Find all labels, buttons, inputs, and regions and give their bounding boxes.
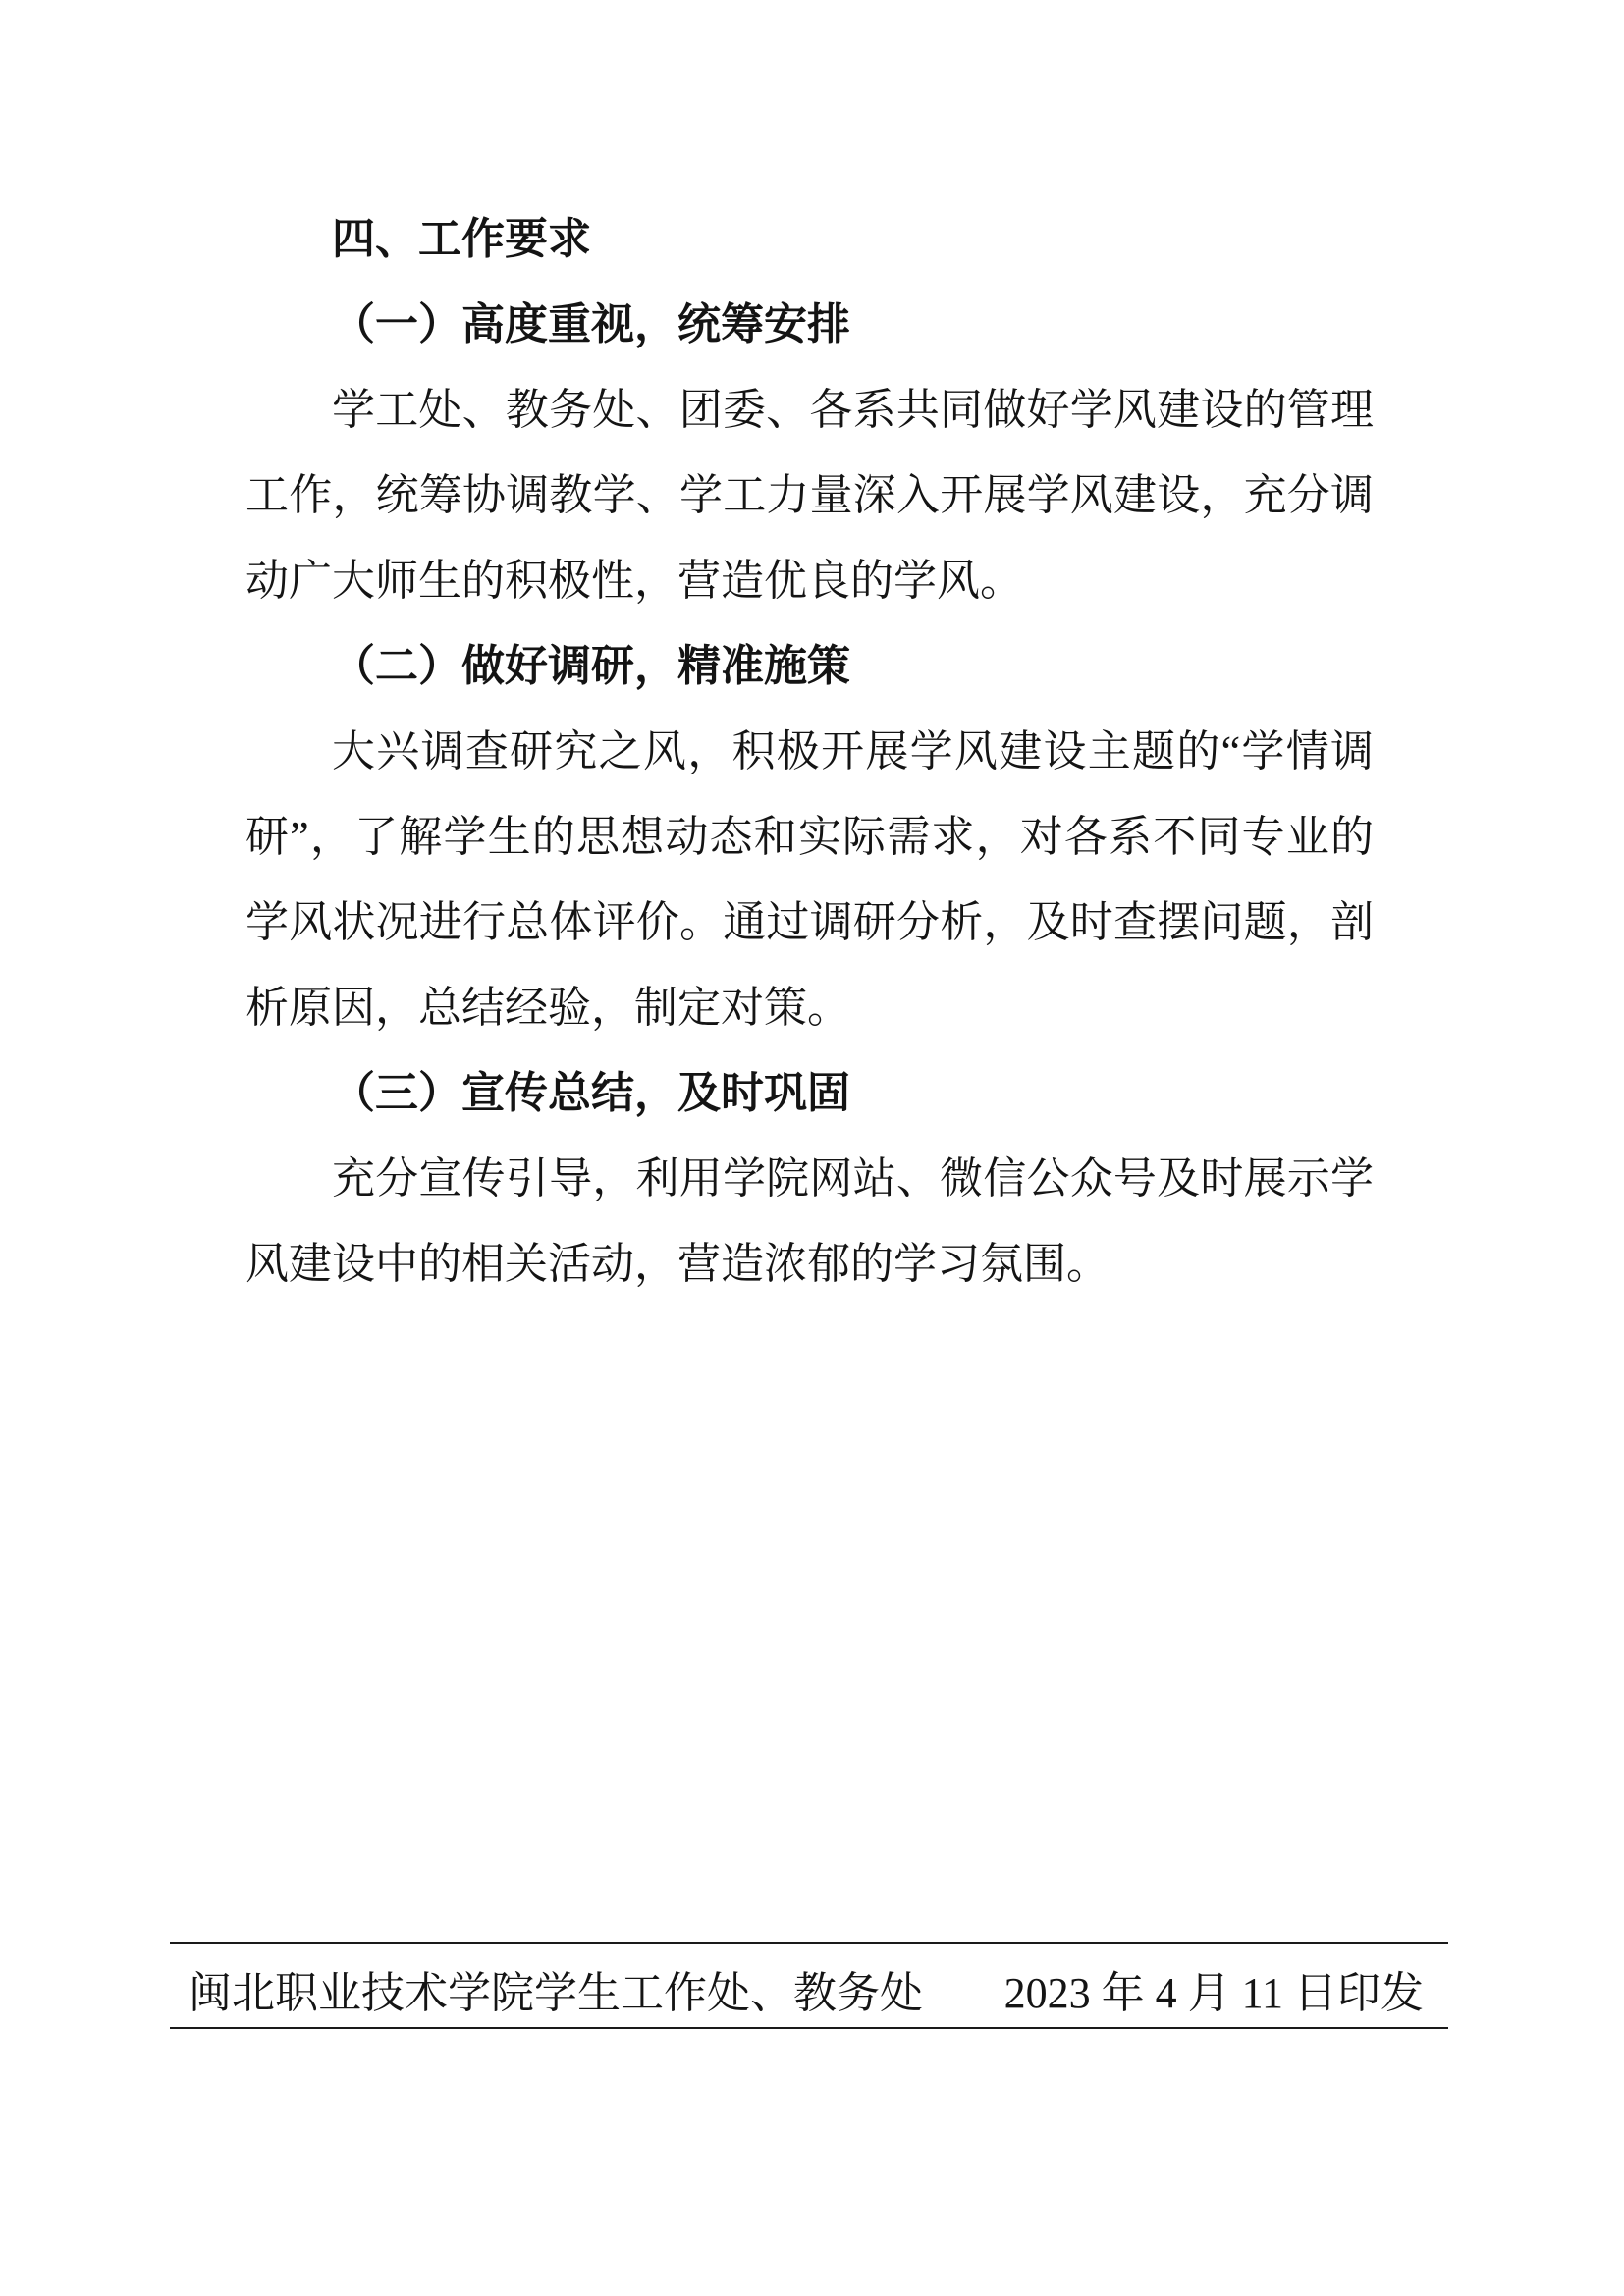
document-page: 四、工作要求 （一）高度重视，统筹安排 学工处、教务处、团委、各系共同做好学风建… <box>0 0 1624 2296</box>
body-line: 研”，了解学生的思想动态和实际需求，对各系不同专业的 <box>245 794 1374 880</box>
body-line: 学风状况进行总体评价。通过调研分析，及时查摆问题，剖 <box>245 880 1374 965</box>
subsection-3-heading: （三）宣传总结，及时巩固 <box>245 1050 1374 1136</box>
subsection-2-heading: （二）做好调研，精准施策 <box>245 623 1374 709</box>
body-line: 工作，统筹协调教学、学工力量深入开展学风建设，充分调 <box>245 453 1374 538</box>
subsection-1-heading: （一）高度重视，统筹安排 <box>245 282 1374 367</box>
section-title: 四、工作要求 <box>245 196 1374 282</box>
body-line: 大兴调查研究之风，积极开展学风建设主题的“学情调 <box>245 709 1374 794</box>
footer-issuer: 闽北职业技术学院学生工作处、教务处 <box>189 1957 923 2020</box>
body-line: 学工处、教务处、团委、各系共同做好学风建设的管理 <box>245 367 1374 453</box>
body-line: 风建设中的相关活动，营造浓郁的学习氛围。 <box>245 1221 1374 1307</box>
body-line: 充分宣传引导，利用学院网站、微信公众号及时展示学 <box>245 1136 1374 1221</box>
footer-colophon: 闽北职业技术学院学生工作处、教务处 2023 年 4 月 11 日印发 <box>170 1942 1448 2029</box>
document-body: 四、工作要求 （一）高度重视，统筹安排 学工处、教务处、团委、各系共同做好学风建… <box>245 196 1374 1307</box>
footer-print-date: 2023 年 4 月 11 日印发 <box>1004 1957 1424 2020</box>
body-line: 动广大师生的积极性，营造优良的学风。 <box>245 538 1374 623</box>
body-line: 析原因，总结经验，制定对策。 <box>245 965 1374 1050</box>
